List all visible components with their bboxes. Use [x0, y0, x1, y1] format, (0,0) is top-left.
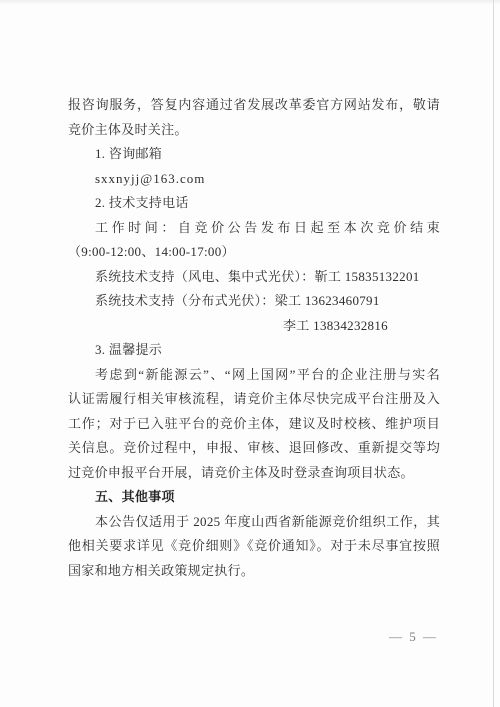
tips-line-1: 考虑到“新能源云”、“网上国网”平台的企业注册与实名: [68, 363, 440, 388]
support-wind-solar-line: 系统技术支持（风电、集中式光伏）：靳工 15835132201: [68, 265, 440, 290]
page-number: — 5 —: [389, 629, 438, 645]
tips-line-2: 认证需履行相关审核流程，请竞价主体尽快完成平台注册及入驻: [68, 387, 440, 412]
section5-line-2: 他相关要求详见《竞价细则》《竞价通知》。对于未尽事宜按照: [68, 534, 440, 559]
scan-right-edge-line: [493, 0, 494, 707]
work-time-line: 工作时间：自竞价公告发布日起至本次竞价结束: [68, 216, 440, 241]
document-page: 报咨询服务，答复内容通过省发展改革委官方网站发布，敬请各 竞价主体及时关注。 1…: [0, 0, 500, 707]
item1-heading: 1. 咨询邮箱: [68, 142, 440, 167]
consult-email: sxxnyjj@163.com: [68, 167, 440, 192]
tips-line-4: 关信息。竞价过程中，申报、审核、退回修改、重新提交等均通: [68, 436, 440, 461]
tips-line-3: 工作；对于已入驻平台的竞价主体，建议及时校核、维护项目相: [68, 412, 440, 437]
work-hours-line: （9:00-12:00、14:00-17:00）: [68, 240, 440, 265]
section5-heading: 五、其他事项: [68, 485, 440, 510]
intro-line-1: 报咨询服务，答复内容通过省发展改革委官方网站发布，敬请各: [68, 93, 440, 118]
item2-heading: 2. 技术支持电话: [68, 191, 440, 216]
document-text-block: 报咨询服务，答复内容通过省发展改革委官方网站发布，敬请各 竞价主体及时关注。 1…: [68, 93, 440, 583]
tips-line-5: 过竞价申报平台开展，请竞价主体及时登录查询项目状态。: [68, 461, 440, 486]
item3-heading: 3. 温馨提示: [68, 338, 440, 363]
scan-top-edge: [0, 0, 500, 5]
section5-line-3: 国家和地方相关政策规定执行。: [68, 559, 440, 584]
support-distributed-line: 系统技术支持（分布式光伏）：梁工 13623460791: [68, 289, 440, 314]
section5-line-1: 本公告仅适用于 2025 年度山西省新能源竞价组织工作，其: [68, 510, 440, 535]
intro-line-2: 竞价主体及时关注。: [68, 118, 440, 143]
support-distributed-alt-line: 李工 13834232816: [68, 314, 440, 339]
